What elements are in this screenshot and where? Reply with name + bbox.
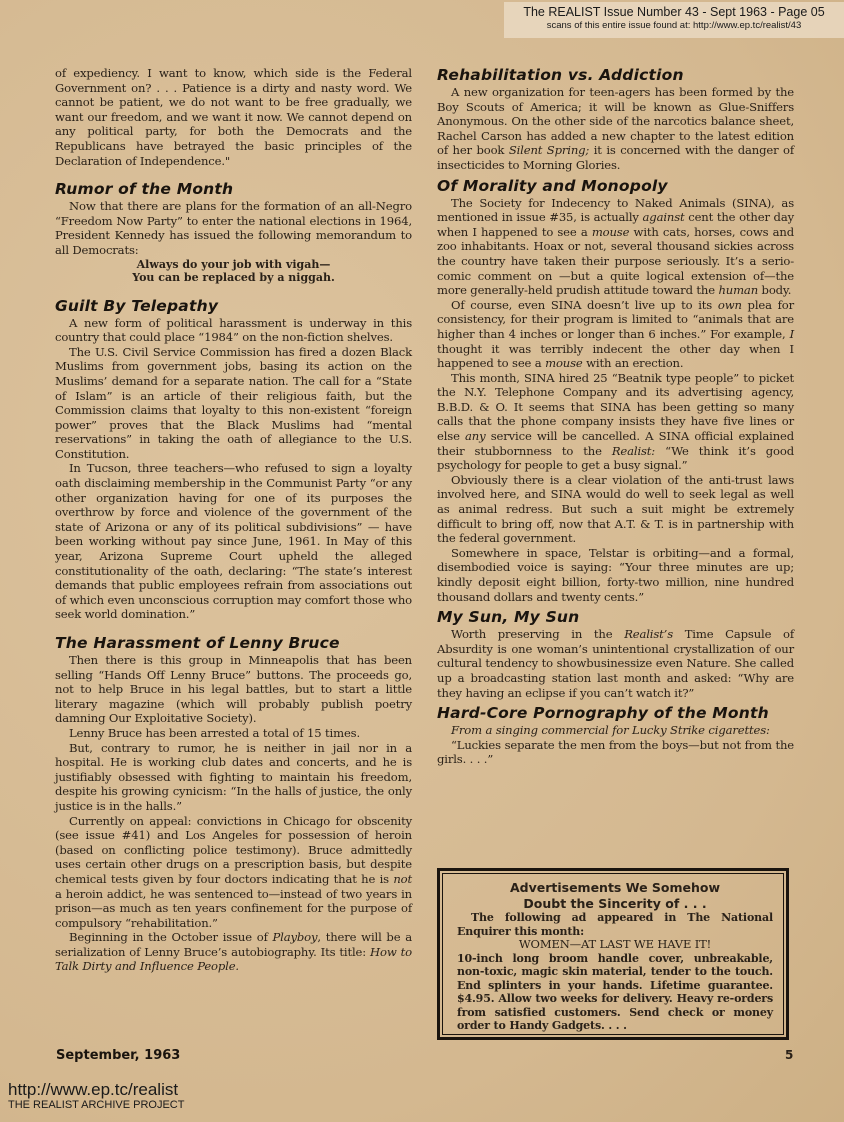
porn-p1: From a singing commercial for Lucky Stri… [437, 723, 794, 738]
archive-url[interactable]: http://www.ep.tc/realist [8, 1080, 184, 1099]
lenny-p5: Beginning in the October issue of Playbo… [55, 930, 412, 974]
lenny-p4: Currently on appeal: convictions in Chic… [55, 814, 412, 931]
lenny-p3: But, contrary to rumor, he is neither in… [55, 741, 412, 814]
ad-body: 10-inch long broom handle cover, unbreak… [457, 952, 773, 1033]
issue-date: September, 1963 [56, 1048, 180, 1063]
morality-p5: Somewhere in space, Telstar is orbiting—… [437, 546, 794, 604]
lenny-heading: The Harassment of Lenny Bruce [55, 634, 412, 653]
morality-p2: Of course, even SINA doesn’t live up to … [437, 298, 794, 371]
morality-p4: Obviously there is a clear violation of … [437, 473, 794, 546]
left-column: of expediency. I want to know, which sid… [55, 66, 412, 974]
telepathy-heading: Guilt By Telepathy [55, 297, 412, 316]
telepathy-p2: The U.S. Civil Service Commission has fi… [55, 345, 412, 462]
sun-p1: Worth preserving in the Realist’s Time C… [437, 627, 794, 700]
ad-intro: The following ad appeared in The Nationa… [457, 911, 773, 938]
telepathy-p1: A new form of political harassment is un… [55, 316, 412, 345]
rehab-p1: A new organization for teen-agers has be… [437, 85, 794, 173]
morality-p1: The Society for Indecency to Naked Anima… [437, 196, 794, 298]
telepathy-p3: In Tucson, three teachers—who refused to… [55, 461, 412, 622]
right-column: Rehabilitation vs. Addiction A new organ… [437, 66, 794, 767]
ad-headline: WOMEN—AT LAST WE HAVE IT! [457, 938, 773, 952]
lenny-p2: Lenny Bruce has been arrested a total of… [55, 726, 412, 741]
morality-p3: This month, SINA hired 25 “Beatnik type … [437, 371, 794, 473]
morality-heading: Of Morality and Monopoly [437, 177, 794, 196]
ad-heading: Advertisements We Somehow Doubt the Sinc… [457, 880, 773, 911]
rumor-memo: Always do your job with vigah— You can b… [55, 258, 412, 285]
rumor-heading: Rumor of the Month [55, 180, 412, 199]
archive-name: THE REALIST ARCHIVE PROJECT [8, 1099, 184, 1112]
banner-subtitle: scans of this entire issue found at: htt… [504, 20, 844, 32]
rumor-body: Now that there are plans for the formati… [55, 199, 412, 257]
banner-title: The REALIST Issue Number 43 - Sept 1963 … [504, 5, 844, 20]
sun-heading: My Sun, My Sun [437, 608, 794, 627]
porn-p2: “Luckies separate the men from the boys—… [437, 738, 794, 767]
archive-banner: The REALIST Issue Number 43 - Sept 1963 … [504, 2, 844, 38]
advertisement-box: Advertisements We Somehow Doubt the Sinc… [437, 868, 789, 1040]
page-number: 5 [785, 1048, 793, 1062]
rehab-heading: Rehabilitation vs. Addiction [437, 66, 794, 85]
intro-paragraph: of expediency. I want to know, which sid… [55, 66, 412, 168]
porn-heading: Hard-Core Pornography of the Month [437, 704, 794, 723]
lenny-p1: Then there is this group in Minneapolis … [55, 653, 412, 726]
archive-credit: http://www.ep.tc/realist THE REALIST ARC… [8, 1080, 184, 1112]
